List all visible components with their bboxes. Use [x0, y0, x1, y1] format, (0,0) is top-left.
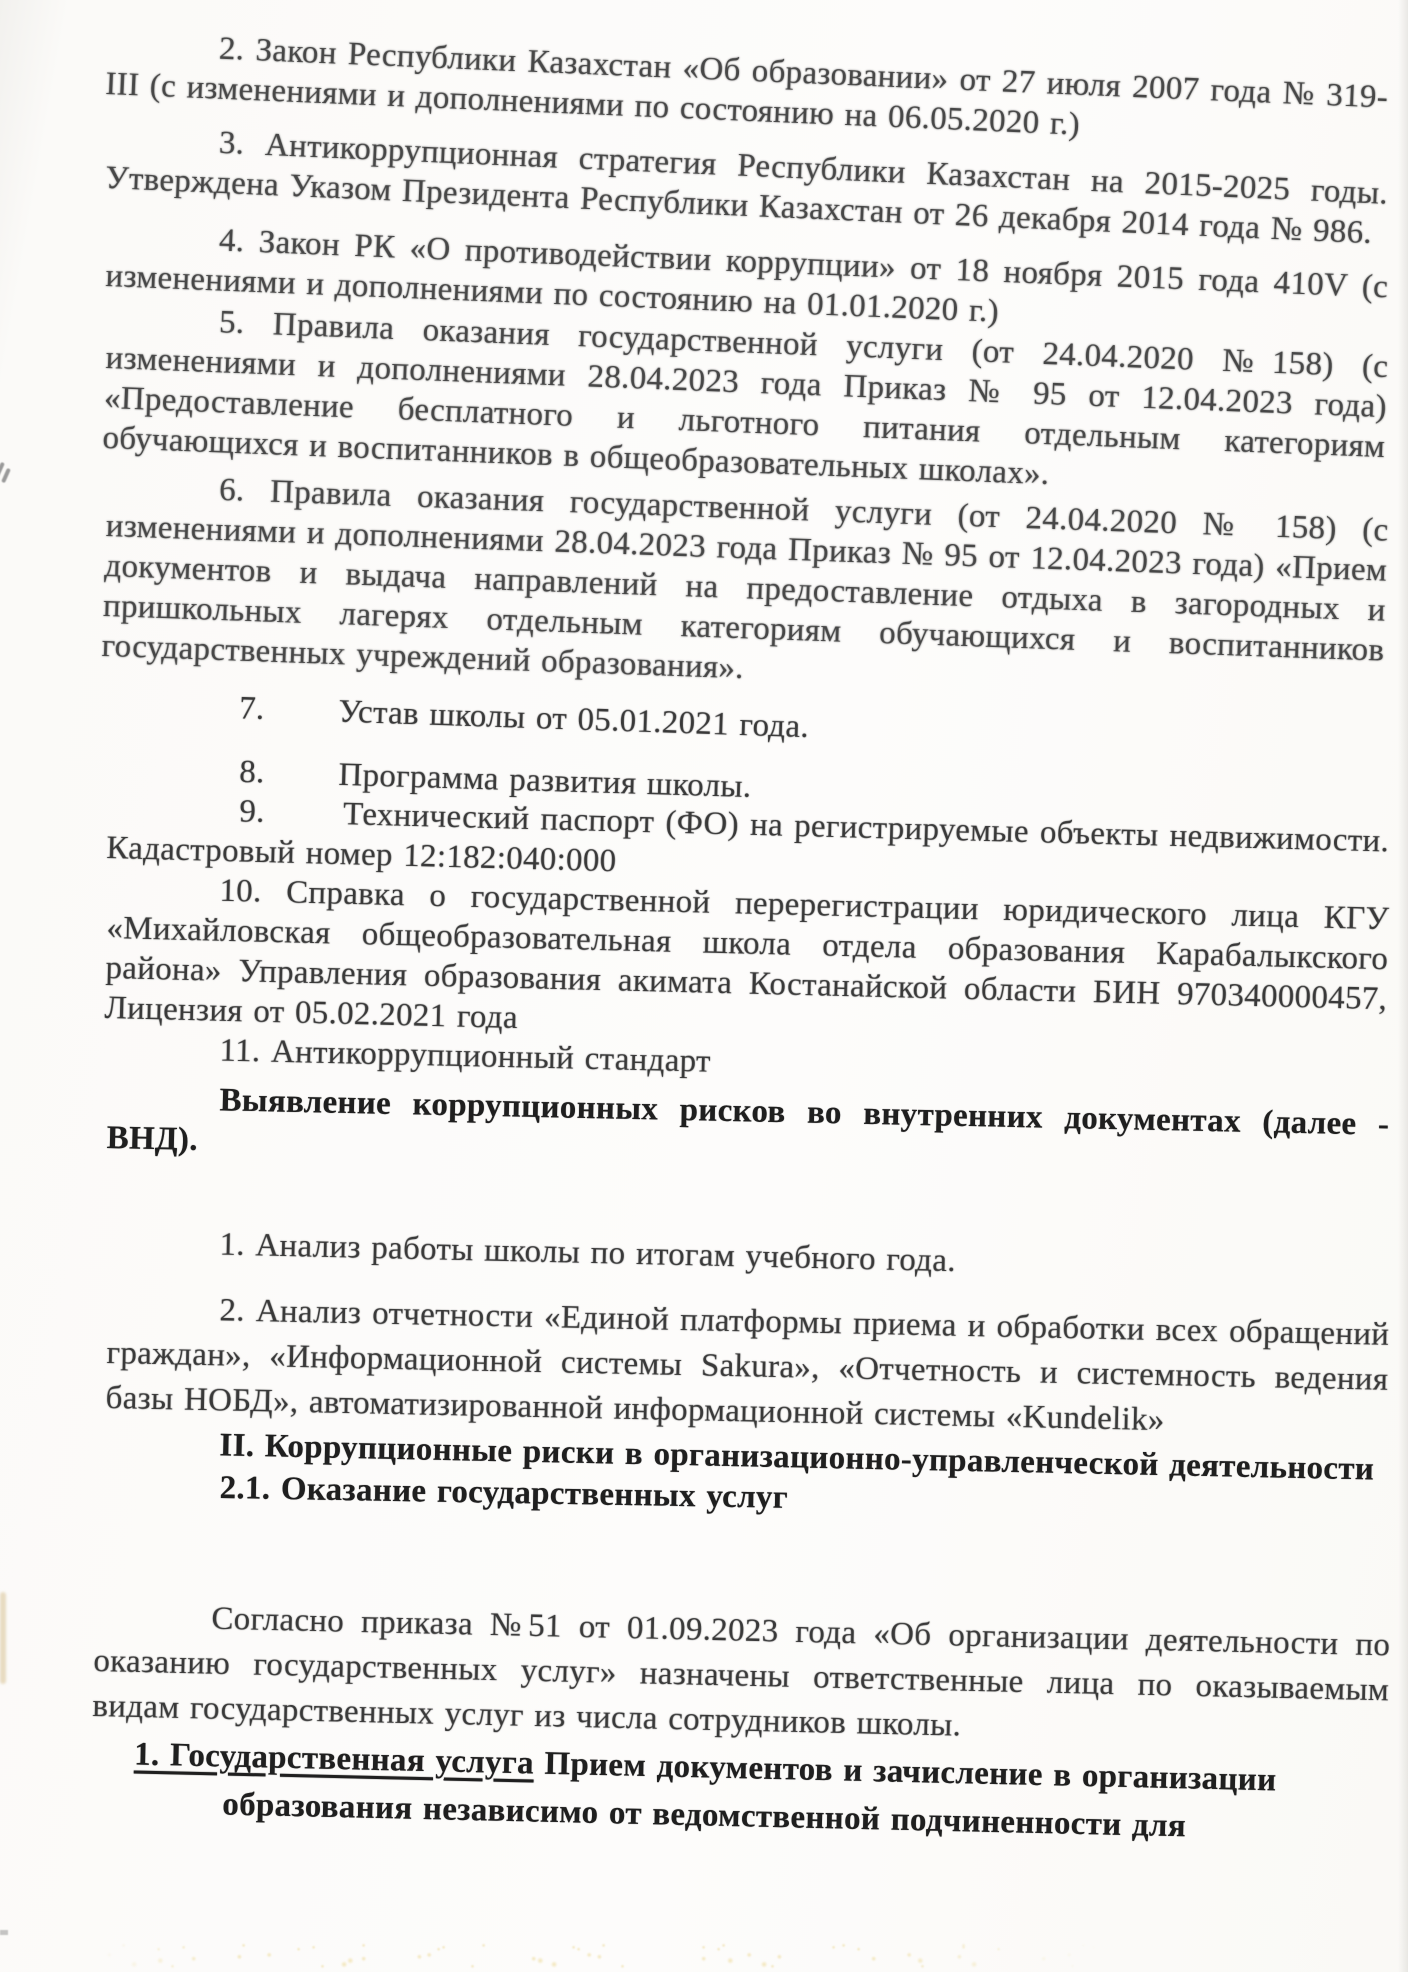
- scan-artifact-bottom-tint: [90, 1934, 1110, 1972]
- para-analysis-reporting: 2. Анализ отчетности «Единой платформы п…: [105, 1286, 1390, 1448]
- list-item-10: 10. Справка о государственной перерегист…: [104, 868, 1390, 1059]
- scan-artifact-right-shade: [1398, 0, 1408, 1972]
- list-item-6: 6. Правила оказания государственной услу…: [101, 466, 1389, 711]
- state-service-1-title: 1. Государственная услуга: [134, 1736, 535, 1781]
- scan-artifact-left-mark: [0, 462, 8, 488]
- para-analysis-school-year: 1. Анализ работы школы по итогам учебног…: [107, 1222, 1390, 1291]
- heading-corruption-risks-vnd: Выявление коррупционных рисков во внутре…: [106, 1078, 1389, 1185]
- scan-artifact-left-dash: [0, 1930, 8, 1935]
- scanned-document-page: 2. Закон Республики Казахстан «Об образо…: [0, 0, 1408, 1972]
- scan-artifact-left-streak: [0, 1592, 6, 1684]
